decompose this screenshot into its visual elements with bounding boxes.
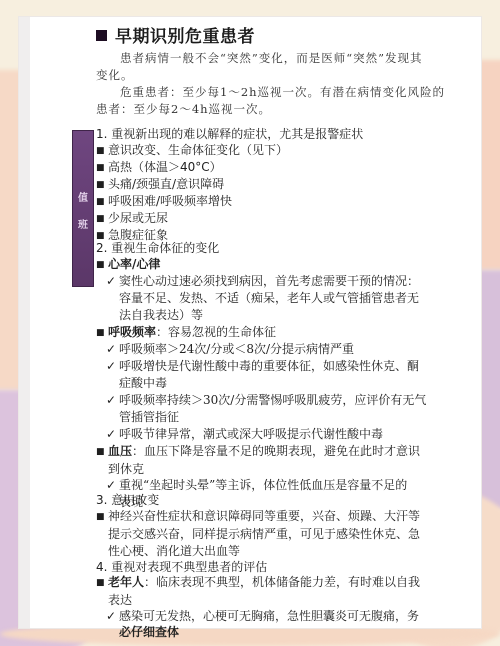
list-item-blood-pressure: ■血压：血压下降是容量不足的晚期表现，避免在此时才意识 到休克 [96,443,448,478]
check-item: ✓窦性心动过速必须找到病因，首先考虑需要干预的情况： 容量不足、发热、不适（痴呆… [106,273,451,324]
check-icon: ✓ [106,608,119,625]
bullet-icon: ■ [96,575,108,592]
item-text: ：容易忽视的生命体征 [156,325,276,339]
item-text: 呼吸困难/呼吸频率增快 [108,194,232,208]
bullet-icon: ■ [96,143,108,160]
section-heading-1: 1. 重视新出现的难以解释的症状，尤其是报警症状 [96,125,363,142]
text-line: 呼吸节律异常，潮式或深大呼吸提示代谢性酸中毒 [119,427,383,441]
document-content: 早期识别危重患者 患者病情一般不会“突然”变化，而是医师“突然”发现其 变化。 … [0,0,500,646]
item-label: 老年人 [108,575,144,589]
check-icon: ✓ [106,273,119,290]
item-label: 呼吸频率 [108,325,156,339]
text-line: 到休克 [96,461,448,478]
text-line: 呼吸频率持续＞30次/分需警惕呼吸肌疲劳，应评价有无气 [119,393,426,407]
list-item: ■意识改变、生命体征变化（见下） [96,142,448,160]
check-item: ✓感染可无发热，心梗可无胸痛，急性胆囊炎可无腹痛，务 [106,608,451,625]
section-heading-2: 2. 重视生命体征的变化 [96,239,219,256]
check-item: ✓呼吸节律异常，潮式或深大呼吸提示代谢性酸中毒 [106,426,451,443]
text-line: 感染可无发热，心梗可无胸痛，急性胆囊炎可无腹痛，务 [119,609,419,623]
text-line: 管插管指征 [106,409,451,426]
section-heading-4: 4. 重视对表现不典型患者的评估 [96,558,267,575]
text-line: 提示交感兴奋，同样提示病情严重，可见于感染性休克、急 [96,526,448,543]
item-label: 血压 [108,444,132,458]
item-text: ：血压下降是容量不足的晚期表现，避免在此时才意识 [132,444,420,458]
bullet-icon: ■ [96,194,108,211]
text-line: 窦性心动过速必须找到病因，首先考虑需要干预的情况： [119,274,419,288]
bullet-icon: ■ [96,177,108,194]
text-line: 神经兴奋性症状和意识障碍同等重要，兴奋、烦躁、大汗等 [108,509,420,523]
text-line: 患者病情一般不会“突然”变化，而是医师“突然”发现其 [120,51,423,65]
bullet-icon: ■ [96,160,108,177]
text-line: 必仔细查体 [119,624,464,641]
text-line: 呼吸增快是代谢性酸中毒的重要体征，如感染性休克、酮 [119,359,419,373]
bullet-icon: ■ [96,257,108,274]
item-label: 心率/心律 [108,257,160,271]
text-line: 变化。 [96,67,446,84]
list-item: ■少尿或无尿 [96,210,448,228]
page-title: 早期识别危重患者 [96,22,255,47]
bullet-icon: ■ [96,509,108,526]
check-icon: ✓ [106,358,119,375]
text-line: 重视“坐起时头晕”等主诉，体位性低血压是容量不足的 [119,478,407,492]
section-heading-3: 3. 意识改变 [96,491,159,508]
bullet-icon: ■ [96,444,108,461]
check-item: ✓呼吸增快是代谢性酸中毒的重要体征，如感染性休克、酮 症酸中毒 [106,358,451,392]
check-item: ✓呼吸频率持续＞30次/分需警惕呼吸肌疲劳，应评价有无气 管插管指征 [106,392,451,426]
text-line: 症酸中毒 [106,375,451,392]
check-item-continuation: 必仔细查体 [119,624,464,641]
bullet-icon: ■ [96,325,108,342]
list-item-respiratory-rate: ■呼吸频率：容易忽视的生命体征 [96,324,448,342]
text-line: 危重患者：至少每1～2h巡视一次。有潜在病情变化风险的 [120,85,445,99]
square-bullet-icon [96,30,107,41]
item-text: 高热（体温＞40°C） [108,160,222,174]
check-icon: ✓ [106,392,119,409]
text-line: 容量不足、发热、不适（痴呆，老年人或气管插管患者无 [106,290,451,307]
intro-paragraph-2: 危重患者：至少每1～2h巡视一次。有潜在病情变化风险的 患者：至少每2～4h巡视… [96,84,446,118]
list-item-elderly: ■老年人：临床表现不典型，机体储备能力差，有时难以自我 表达 [96,574,448,609]
check-icon: ✓ [106,341,119,358]
item-text: 意识改变、生命体征变化（见下） [108,143,288,157]
text-line: 患者：至少每2～4h巡视一次。 [96,101,446,118]
list-item-heart-rate: ■心率/心律 [96,256,448,274]
intro-paragraph-1: 患者病情一般不会“突然”变化，而是医师“突然”发现其 变化。 [96,50,446,84]
item-text: ：临床表现不典型，机体储备能力差，有时难以自我 [144,575,420,589]
list-item: ■神经兴奋性症状和意识障碍同等重要，兴奋、烦躁、大汗等 提示交感兴奋，同样提示病… [96,508,448,560]
check-item: ✓呼吸频率＞24次/分或＜8次/分提示病情严重 [106,341,451,358]
item-text: 少尿或无尿 [108,211,168,225]
check-icon: ✓ [106,426,119,443]
text-line: 表达 [96,592,448,609]
bullet-icon: ■ [96,211,108,228]
title-text: 早期识别危重患者 [115,27,255,47]
list-item: ■头痛/颈强直/意识障碍 [96,176,448,194]
text-line: 法自我表达）等 [106,307,451,324]
item-text: 头痛/颈强直/意识障碍 [108,177,224,191]
text-line: 呼吸频率＞24次/分或＜8次/分提示病情严重 [119,342,354,356]
list-item: ■高热（体温＞40°C） [96,159,448,177]
list-item: ■呼吸困难/呼吸频率增快 [96,193,448,211]
